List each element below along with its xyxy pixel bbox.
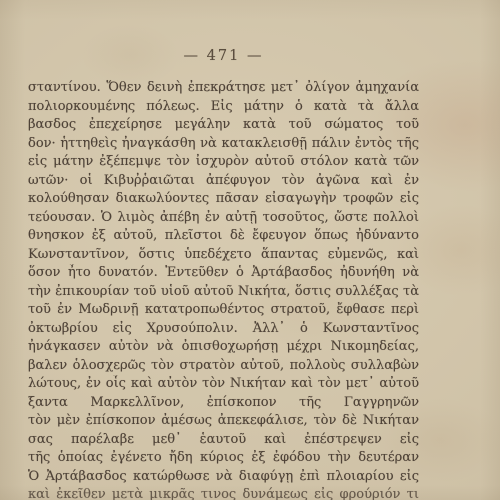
text-line: τὸν μὲν ἐπίσκοπον ἀμέσως ἀπεκεφάλισε, τὸ… xyxy=(28,412,419,431)
text-line: πολιορκουμένης πόλεως. Εἰς μάτην ὁ κατὰ … xyxy=(28,98,419,117)
text-line: εἰς μάτην ἐξέπεμψε τὸν ἰσχυρὸν αὐτοῦ στό… xyxy=(28,153,419,172)
page-number: — 471 — xyxy=(28,48,419,64)
text-line: τὴν ἐπικουρίαν τοῦ υἱοῦ αὐτοῦ Νικήτα, ὅσ… xyxy=(28,283,419,302)
text-line: κολούθησαν διακωλύοντες πᾶσαν εἰσαγωγὴν … xyxy=(28,190,419,209)
text-line: βασδος ἐπεχείρησε μεγάλην κατὰ τοῦ σώματ… xyxy=(28,116,419,135)
scanned-book-page: { "doc": { "page_header": "— 471 —", "pa… xyxy=(0,0,500,500)
text-line: ἠνάγκασεν αὐτὸν νὰ ὀπισθοχωρήσῃ μέχρι Νι… xyxy=(28,338,419,357)
text-line: σας παρέλαβε μεθ᾽ ἑαυτοῦ καὶ ἐπέστρεψεν … xyxy=(28,431,419,450)
text-line: τεύουσαν. Ὁ λιμὸς ἀπέβη ἐν αὐτῇ τοσοῦτος… xyxy=(28,209,419,228)
text-line: Ὁ Ἀρτάβασδος κατώρθωσε νὰ διαφύγῃ ἐπὶ πλ… xyxy=(28,468,419,487)
text-line: ὀκτωβρίου εἰς Χρυσούπολιν. Ἀλλ᾽ ὁ Κωνστα… xyxy=(28,320,419,339)
text-line-clipped: καὶ ἐκεῖθεν μετὰ μικρᾶς τινος δυνάμεως ε… xyxy=(28,486,419,500)
body-text: σταντίνου. Ὅθεν δεινὴ ἐπεκράτησε μετ᾽ ὀλ… xyxy=(28,79,419,500)
text-line: βαλεν ὁλοσχερῶς τὸν στρατὸν αὐτοῦ, πολλο… xyxy=(28,357,419,376)
text-line: ὅσον ἦτο δυνατόν. Ἐντεῦθεν ὁ Ἀρτάβασδος … xyxy=(28,264,419,283)
text-line: ξαντα Μαρκελλῖνον, ἐπίσκοπον τῆς Γαγγρην… xyxy=(28,394,419,413)
text-line: δον· ἡττηθεὶς ἠναγκάσθη νὰ κατακλεισθῇ π… xyxy=(28,135,419,154)
text-line: λώτους, ἐν οἷς καὶ αὐτὸν τὸν Νικήταν καὶ… xyxy=(28,375,419,394)
text-line: τοῦ ἐν Μωδρινῇ κατατροπωθέντος στρατοῦ, … xyxy=(28,301,419,320)
text-line: ωτῶν· οἱ Κιβυῤῥαιῶται ἀπέφυγον τὸν ἀγῶνα… xyxy=(28,172,419,191)
text-line: τῆς ὁποίας ἐγένετο ἤδη κύριος ἐξ ἐφόδου … xyxy=(28,449,419,468)
text-line: Κωνσταντῖνον, ὅστις ὑπεδέχετο ἅπαντας εὐ… xyxy=(28,246,419,265)
text-line: θνησκον ἐξ αὐτοῦ, πλεῖστοι δὲ ἔφευγον ὅπ… xyxy=(28,227,419,246)
text-line: σταντίνου. Ὅθεν δεινὴ ἐπεκράτησε μετ᾽ ὀλ… xyxy=(28,79,419,98)
